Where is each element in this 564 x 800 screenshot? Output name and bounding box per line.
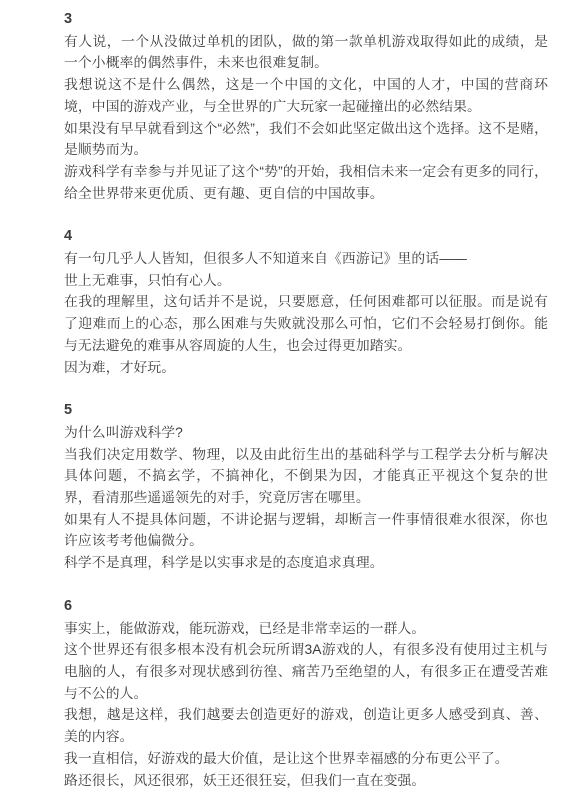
paragraph: 这个世界还有很多根本没有机会玩所谓3A游戏的人，有很多没有使用过主机与电脑的人，… — [64, 639, 548, 704]
section-5: 5 为什么叫游戏科学? 当我们决定用数学、物理，以及由此衍生出的基础科学与工程学… — [64, 400, 548, 574]
section-number: 4 — [64, 226, 548, 248]
paragraph: 当我们决定用数学、物理，以及由此衍生出的基础科学与工程学去分析与解决具体问题，不… — [64, 444, 548, 509]
paragraph: 如果没有早早就看到这个“必然”，我们不会如此坚定做出这个选择。这不是赌，是顺势而… — [64, 118, 548, 161]
paragraph: 游戏科学有幸参与并见证了这个“势”的开始，我相信未来一定会有更多的同行，给全世界… — [64, 161, 548, 204]
section-4: 4 有一句几乎人人皆知，但很多人不知道来自《西游记》里的话—— 世上无难事，只怕… — [64, 226, 548, 378]
paragraph: 因为难，才好玩。 — [64, 357, 548, 379]
section-number: 6 — [64, 596, 548, 618]
paragraph: 世上无难事，只怕有心人。 — [64, 270, 548, 292]
paragraph: 如果有人不提具体问题，不讲论据与逻辑，却断言一件事情很难水很深，你也许应该考考他… — [64, 509, 548, 552]
paragraph: 有人说，一个从没做过单机的团队，做的第一款单机游戏取得如此的成绩，是一个小概率的… — [64, 31, 548, 74]
section-6: 6 事实上，能做游戏，能玩游戏，已经是非常幸运的一群人。 这个世界还有很多根本没… — [64, 596, 548, 791]
paragraph: 科学不是真理，科学是以实事求是的态度追求真理。 — [64, 552, 548, 574]
paragraph: 我想说这不是什么偶然，这是一个中国的文化，中国的人才，中国的营商环境，中国的游戏… — [64, 74, 548, 117]
document-page: 3 有人说，一个从没做过单机的团队，做的第一款单机游戏取得如此的成绩，是一个小概… — [0, 0, 564, 800]
paragraph: 为什么叫游戏科学? — [64, 422, 548, 444]
section-3: 3 有人说，一个从没做过单机的团队，做的第一款单机游戏取得如此的成绩，是一个小概… — [64, 9, 548, 204]
paragraph: 我想，越是这样，我们越要去创造更好的游戏，创造让更多人感受到真、善、美的内容。 — [64, 704, 548, 747]
section-number: 5 — [64, 400, 548, 422]
paragraph: 在我的理解里，这句话并不是说，只要愿意，任何困难都可以征服。而是说有了迎难而上的… — [64, 291, 548, 356]
paragraph: 我一直相信，好游戏的最大价值，是让这个世界幸福感的分布更公平了。 — [64, 748, 548, 770]
section-number: 3 — [64, 9, 548, 31]
paragraph: 路还很长，风还很邪，妖王还很狂妄，但我们一直在变强。 — [64, 770, 548, 792]
paragraph: 有一句几乎人人皆知，但很多人不知道来自《西游记》里的话—— — [64, 248, 548, 270]
paragraph: 事实上，能做游戏，能玩游戏，已经是非常幸运的一群人。 — [64, 618, 548, 640]
